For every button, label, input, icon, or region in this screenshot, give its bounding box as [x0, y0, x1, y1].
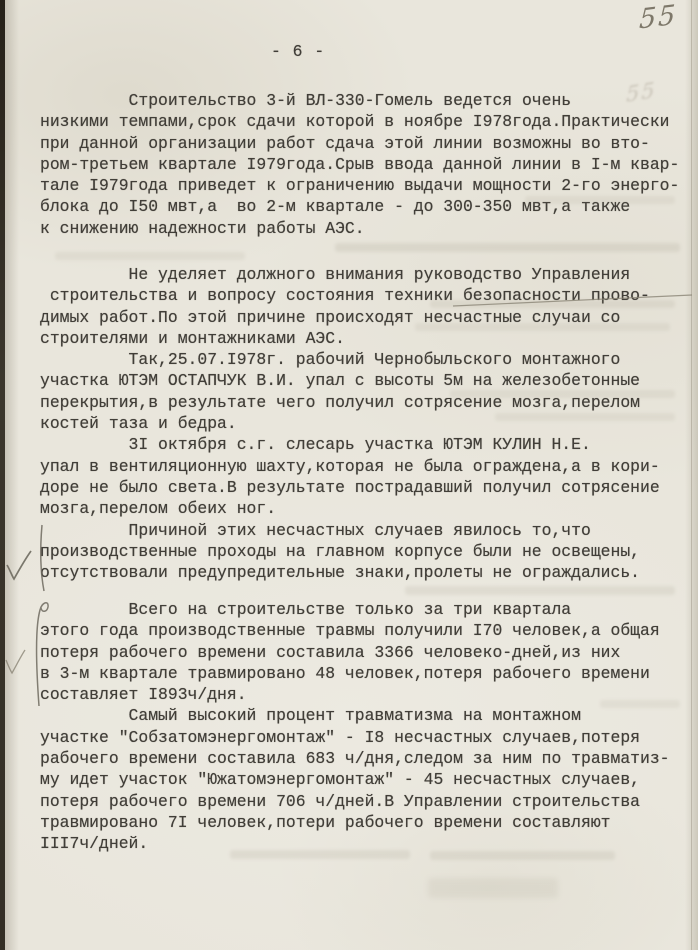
text-line: мозга,перелом обеих ног. [40, 498, 660, 519]
scanned-document-page: 55 55 - 6 - Строительство 3-й ВЛ-330-Гом… [0, 0, 698, 950]
bleed-through-mark [335, 243, 680, 252]
text-line: производственные проходы на главном корп… [40, 541, 660, 562]
text-line: му идет участок "Южатомэнергомонтаж" - 4… [40, 769, 670, 790]
bleed-through-mark [405, 586, 675, 595]
text-line: потеря рабочего времени 706 ч/дней.В Упр… [40, 791, 670, 812]
text-line: перекрытия,в результате чего получил сот… [40, 392, 660, 413]
text-line: доре не было света.В результате пострада… [40, 477, 660, 498]
page-left-edge-shadow [5, 0, 19, 950]
text-line: димых работ.По этой причине происходят н… [40, 307, 660, 328]
text-line: Причиной этих несчастных случаев явилось… [40, 520, 660, 541]
paragraph-block-3: Всего на строительстве только за три ква… [40, 599, 670, 855]
handwritten-folio-number: 55 [638, 0, 678, 36]
text-line: строителями и монтажниками АЭС. [40, 328, 660, 349]
text-line: рабочего времени составила 683 ч/дня,сле… [40, 748, 670, 769]
paragraph-block-2: Не уделяет должного внимания руководство… [40, 264, 660, 583]
text-line: Так,25.07.I978г. рабочий Чернобыльского … [40, 349, 660, 370]
text-line: этого года производственные травмы получ… [40, 620, 670, 641]
text-line: отсутствовали предупредительные знаки,пр… [40, 562, 660, 583]
text-line: костей таза и бедра. [40, 413, 660, 434]
text-line: Всего на строительстве только за три ква… [40, 599, 670, 620]
text-line: блока до I50 мвт,а во 2-м квартале - до … [40, 196, 679, 217]
text-line: составляет I893ч/дня. [40, 684, 670, 705]
text-line: травмировано 7I человек,потери рабочего … [40, 812, 670, 833]
text-line: низкими темпами,срок сдачи которой в ноя… [40, 111, 679, 132]
text-line: строительства и вопросу состояния техник… [40, 285, 660, 306]
text-line: упал в вентиляционную шахту,которая не б… [40, 456, 660, 477]
text-line: тале I979года приведет к ограничению выд… [40, 175, 679, 196]
text-line: ром-третьем квартале I979года.Срыв ввода… [40, 154, 679, 175]
bleed-through-smudge [428, 878, 558, 898]
text-line: Строительство 3-й ВЛ-330-Гомель ведется … [40, 90, 679, 111]
text-line: III7ч/дней. [40, 833, 670, 854]
bleed-through-mark [55, 252, 245, 260]
text-line: потеря рабочего времени составила 3366 ч… [40, 642, 670, 663]
text-line: участке "Собзатомэнергомонтаж" - I8 несч… [40, 727, 670, 748]
text-line: участка ЮТЭМ ОСТАПЧУК В.И. упал с высоты… [40, 370, 660, 391]
text-line: к снижению надежности работы АЭС. [40, 218, 679, 239]
paragraph-block-1: Строительство 3-й ВЛ-330-Гомель ведется … [40, 90, 679, 239]
text-line: при данной организации работ сдача этой … [40, 133, 679, 154]
text-line: в 3-м квартале травмировано 48 человек,п… [40, 663, 670, 684]
page-number: - 6 - [271, 42, 325, 61]
text-line: Не уделяет должного внимания руководство… [40, 264, 660, 285]
text-line: 3I октября с.г. слесарь участка ЮТЭМ КУЛ… [40, 434, 660, 455]
text-line: Самый высокий процент травматизма на мон… [40, 705, 670, 726]
page-right-edge-line [691, 0, 692, 950]
